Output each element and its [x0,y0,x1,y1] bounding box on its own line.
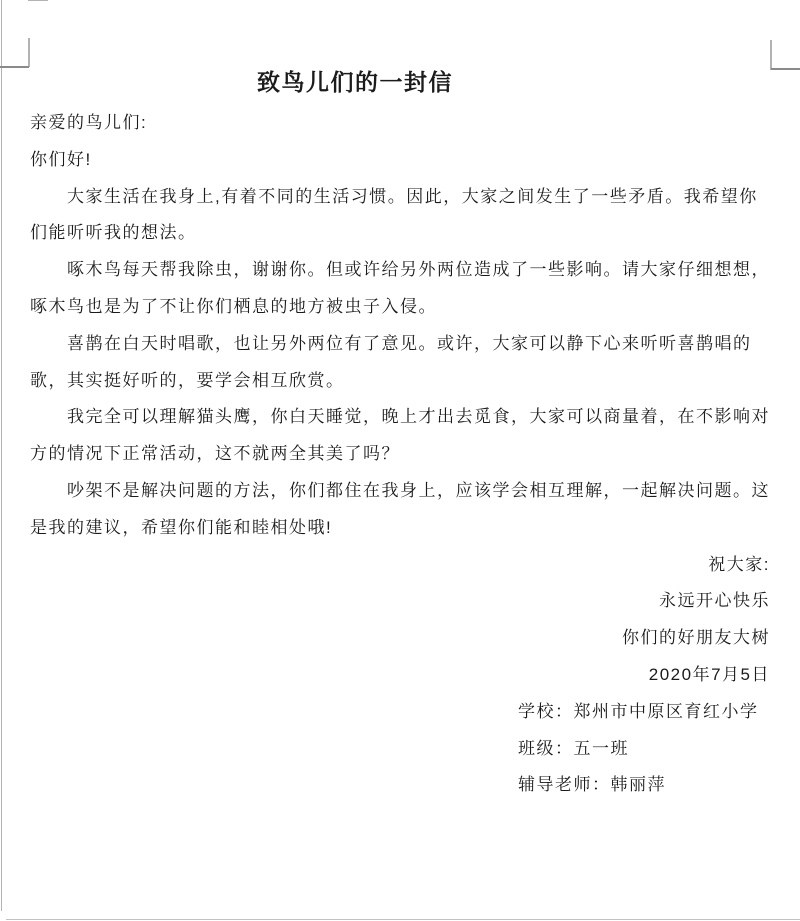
closing-date: 2020年7月5日 [30,657,770,694]
paragraph-magpie: 喜鹊在白天时唱歌，也让另外两位有了意见。或许，大家可以静下心来听听喜鹊唱的歌，其… [30,326,770,400]
closing-wish: 永远开心快乐 [30,583,770,620]
closing-block: 祝大家: 永远开心快乐 你们的好朋友大树 2020年7月5日 [30,547,770,694]
letter-title: 致鸟儿们的一封信 [0,64,725,100]
paragraph-habits: 大家生活在我身上,有着不同的生活习惯。因此，大家之间发生了一些矛盾。我希望你们能… [30,179,770,253]
page-top-edge-fragment [28,0,48,1]
author-info-block: 学校：郑州市中原区育红小学 班级：五一班 辅导老师：韩丽萍 [518,694,770,804]
paragraph-owl: 我完全可以理解猫头鹰，你白天睡觉，晚上才出去觅食，大家可以商量着，在不影响对方的… [30,399,770,473]
teacher-line: 辅导老师：韩丽萍 [518,767,770,804]
paragraph-woodpecker: 啄木鸟每天帮我除虫，谢谢你。但或许给另外两位造成了一些影响。请大家仔细想想，啄木… [30,252,770,326]
page-bottom-edge-line [6,919,800,920]
class-line: 班级：五一班 [518,731,770,768]
crop-mark-top-left-vertical [28,38,30,67]
salutation-line: 亲爱的鸟儿们: [30,105,770,142]
closing-wish-label: 祝大家: [30,547,770,584]
page-left-edge-line [1,0,2,911]
closing-signature: 你们的好朋友大树 [30,620,770,657]
letter-page: 致鸟儿们的一封信 亲爱的鸟儿们: 你们好! 大家生活在我身上,有着不同的生活习惯… [0,0,800,921]
letter-body: 致鸟儿们的一封信 亲爱的鸟儿们: 你们好! 大家生活在我身上,有着不同的生活习惯… [30,64,770,804]
paragraph-advice: 吵架不是解决问题的方法，你们都住在我身上，应该学会相互理解，一起解决问题。这是我… [30,473,770,547]
school-line: 学校：郑州市中原区育红小学 [518,694,770,731]
crop-mark-top-right-vertical [770,40,772,70]
crop-mark-top-right-horizontal [771,68,800,70]
greeting-line: 你们好! [30,142,770,179]
